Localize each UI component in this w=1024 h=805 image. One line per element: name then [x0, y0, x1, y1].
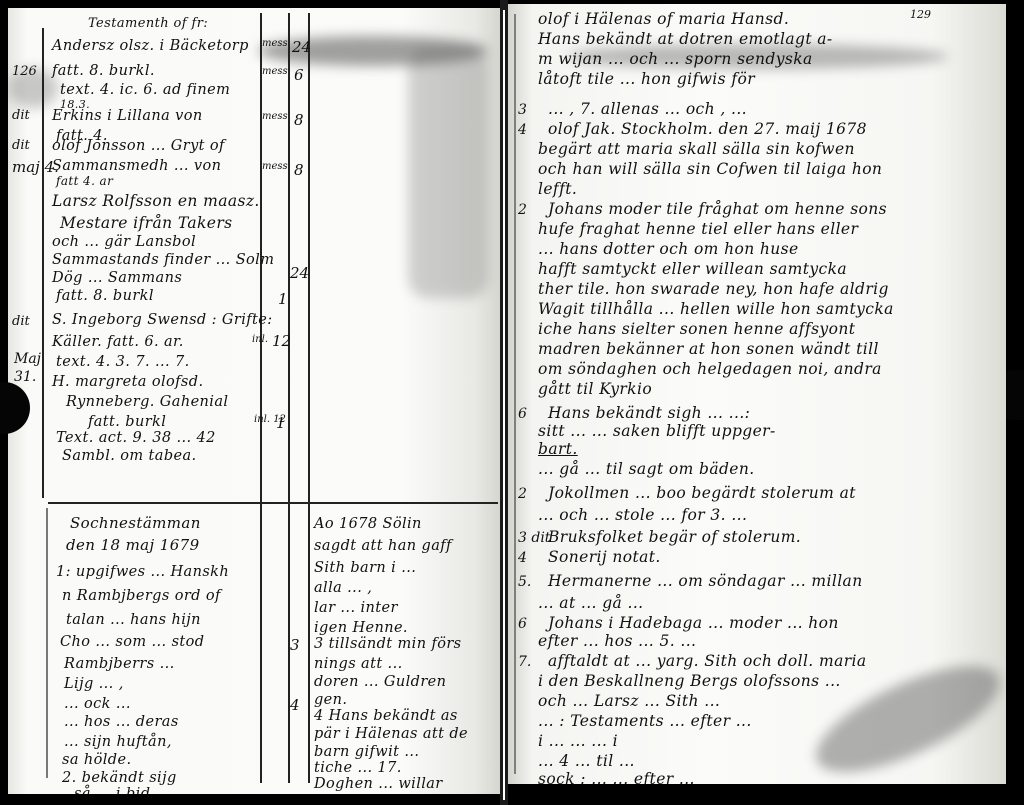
- manuscript-line: låtoft tile ... hon gifwis för: [538, 70, 755, 88]
- entry-line: fatt. 8. burkl.: [52, 63, 155, 79]
- manuscript-line: ... hans dotter och om hon huse: [538, 240, 799, 258]
- minutes-line: sa hölde.: [62, 752, 131, 768]
- manuscript-line: ... at ... gå ...: [538, 594, 643, 612]
- margin-rule: [514, 14, 516, 774]
- amount-column: 8: [294, 111, 304, 129]
- minutes-line: ... ock ...: [64, 696, 131, 712]
- minutes-line: n Rambjbergs ord of: [62, 588, 221, 604]
- manuscript-line: efter ... hos ... 5. ...: [538, 632, 696, 650]
- manuscript-line: Jokollmen ... boo begärdt stolerum at: [548, 484, 856, 502]
- minutes-line: ... hos ... deras: [64, 714, 179, 730]
- margin-note: 4: [290, 696, 300, 714]
- minutes-line: Rambjberrs ...: [64, 656, 175, 672]
- entry-line: Rynneberg. Gahenial: [66, 394, 228, 410]
- entry-line: text. 4. ic. 6. ad finem: [60, 82, 230, 98]
- manuscript-line: Johans moder tile fråghat om henne sons: [548, 200, 887, 218]
- minutes-line: nings att ...: [314, 656, 403, 672]
- amount-column: 12: [272, 332, 291, 350]
- manuscript-line: afftaldt at ... yarg. Sith och doll. mar…: [548, 652, 867, 670]
- minutes-line: 2. bekändt sijg: [62, 770, 177, 786]
- entry-line: Käller. fatt. 6. ar.: [52, 334, 184, 350]
- margin-note: 3: [290, 636, 300, 654]
- margin-note: 7.: [518, 654, 531, 670]
- margin-note: 5.: [518, 574, 531, 590]
- amount-column: 6: [294, 66, 304, 84]
- minutes-line: talan ... hans hijn: [66, 612, 201, 628]
- right-page: 129 olof i Hälenas of maria Hansd.Hans b…: [508, 4, 1006, 784]
- fee-column: inl.: [252, 334, 268, 345]
- fee-column: mess: [262, 111, 288, 122]
- minutes-line: Doghen ... willar: [314, 776, 443, 792]
- entry-line: Sambl. om tabea.: [62, 448, 197, 464]
- section-heading: Testamenth of fr:: [88, 16, 208, 31]
- manuscript-line: Sonerij notat.: [548, 548, 661, 566]
- manuscript-line: iche hans sielter sonen henne affsyont: [538, 320, 855, 338]
- entry-line: Mestare ifrån Takers: [60, 214, 233, 232]
- minutes-line: Sith barn i ...: [314, 560, 416, 576]
- amount-column: 24: [290, 264, 309, 282]
- margin-note: dit: [12, 138, 30, 153]
- column-rule: [288, 13, 290, 783]
- manuscript-line: ... 4 ... til ...: [538, 752, 635, 770]
- minutes-line: barn gifwit ...: [314, 744, 419, 760]
- column-rule: [46, 508, 48, 778]
- meeting-date: den 18 maj 1679: [66, 536, 200, 554]
- manuscript-line: hufe fraghat henne tiel eller hans eller: [538, 220, 858, 238]
- margin-note: 6: [518, 616, 527, 632]
- entry-line: fatt 4. ar: [56, 174, 113, 188]
- manuscript-line: ... gå ... til sagt om bäden.: [538, 460, 755, 478]
- left-page: Testamenth of fr: 126 Andersz olsz. i Bä…: [8, 8, 500, 794]
- margin-note: 3 dit: [518, 530, 550, 546]
- column-rule: [308, 13, 310, 783]
- section-divider: [48, 502, 498, 504]
- manuscript-line: gått til Kyrkio: [538, 380, 652, 398]
- margin-note: 6: [518, 406, 527, 422]
- manuscript-line: lefft.: [538, 180, 577, 198]
- manuscript-line: hafft samtyckt eller willean samtycka: [538, 260, 847, 278]
- minutes-line: ... sijn huftån,: [64, 734, 172, 750]
- manuscript-line: ... , 7. allenas ... och , ...: [548, 100, 747, 118]
- margin-note: dit: [12, 314, 30, 329]
- manuscript-line: och ... Larsz ... Sith ...: [538, 692, 720, 710]
- minutes-line: 1: upgifwes ... Hanskh: [56, 564, 229, 580]
- minutes-line: lar ... inter: [314, 600, 398, 616]
- amount-column: 24: [292, 38, 311, 56]
- minutes-line: 3 tillsändt min förs: [314, 636, 462, 652]
- entry-line: Sammastands finder ... Solm: [52, 252, 274, 268]
- manuscript-line: sock : ... ... efter ...: [538, 770, 695, 784]
- fee-column: mess: [262, 66, 288, 77]
- entry-line: text. 4. 3. 7. ... 7.: [56, 354, 190, 370]
- margin-rule: [42, 28, 44, 498]
- manuscript-line: Bruksfolket begär of stolerum.: [548, 528, 801, 546]
- margin-note: 4: [518, 122, 527, 138]
- margin-note: 2: [518, 486, 527, 502]
- entry-line: S. Ingeborg Swensd : Grifte:: [52, 312, 273, 328]
- margin-note: dit: [12, 108, 30, 123]
- meeting-title: Sochnestämman: [70, 514, 201, 532]
- entry-line: Sammansmedh ... von: [52, 158, 221, 174]
- minutes-line: gen.: [314, 692, 347, 708]
- amount-column: 1: [276, 414, 286, 432]
- margin-note: 4: [518, 550, 527, 566]
- margin-note: Maj 31.: [14, 350, 40, 386]
- minutes-line: igen Henne.: [314, 620, 408, 636]
- minutes-line: Lijg ... ,: [64, 676, 124, 692]
- margin-note: 3: [518, 102, 527, 118]
- manuscript-line: begärt att maria skall sälla sin kofwen: [538, 140, 855, 158]
- entry-line: Larsz Rolfsson en maasz.: [52, 192, 260, 210]
- manuscript-line: och han will sälla sin Cofwen til laiga …: [538, 160, 882, 178]
- minutes-line: 4 Hans bekändt as: [314, 708, 458, 724]
- manuscript-line: Wagit tillhålla ... hellen wille hon sam…: [538, 300, 894, 318]
- amount-column: 8: [294, 161, 304, 179]
- minutes-line: alla ... ,: [314, 580, 372, 596]
- entry-line: H. margreta olofsd.: [52, 374, 203, 390]
- manuscript-line: Johans i Hadebaga ... moder ... hon: [548, 614, 839, 632]
- margin-note: 126: [12, 64, 37, 79]
- minutes-line: Cho ... som ... stod: [60, 634, 204, 650]
- entry-line: Andersz olsz. i Bäcketorp: [52, 38, 249, 54]
- entry-line: Text. act. 9. 38 ... 42: [56, 430, 216, 446]
- manuscript-line: ... och ... stole ... for 3. ...: [538, 506, 747, 524]
- manuscript-line: m wijan ... och ... sporn sendyska: [538, 50, 813, 68]
- minutes-line: pär i Hälenas att de: [314, 726, 468, 742]
- entry-line: Dög ... Sammans: [52, 270, 182, 286]
- manuscript-line: i ... ... ... i: [538, 732, 618, 750]
- page-number: 129: [910, 8, 931, 21]
- minutes-line: så ... i bid: [74, 786, 150, 794]
- spine-gap: [503, 10, 505, 800]
- manuscript-line: i den Beskallneng Bergs olofssons ...: [538, 672, 841, 690]
- manuscript-line: Hans bekändt at dotren emotlagt a-: [538, 30, 833, 48]
- minutes-line: Ao 1678 Sölin: [314, 516, 422, 532]
- manuscript-line: sitt ... ... saken blifft uppger-: [538, 422, 776, 440]
- entry-line: och ... gär Lansbol: [52, 234, 196, 250]
- margin-note: 2: [518, 202, 527, 218]
- manuscript-line: ther tile. hon swarade ney, hon hafe ald…: [538, 280, 889, 298]
- manuscript-line: ... : Testaments ... efter ...: [538, 712, 752, 730]
- column-rule: [260, 13, 262, 783]
- manuscript-line: madren bekänner at hon sonen wändt till: [538, 340, 879, 358]
- margin-note: maj 4.: [12, 158, 59, 176]
- manuscript-line: olof Jak. Stockholm. den 27. maij 1678: [548, 120, 867, 138]
- entry-line: olof Jonsson ... Gryt of: [52, 138, 225, 154]
- entry-line: fatt. 8. burkl: [56, 288, 154, 304]
- fee-column: mess: [262, 38, 288, 49]
- entry-line: Erkins i Lillana von: [52, 108, 203, 124]
- manuscript-line: olof i Hälenas of maria Hansd.: [538, 10, 789, 28]
- minutes-line: doren ... Guldren: [314, 674, 446, 690]
- manuscript-line: bart.: [538, 440, 578, 458]
- amount-column: 1: [278, 290, 288, 308]
- manuscript-line: Hermanerne ... om söndagar ... millan: [548, 572, 863, 590]
- fee-column: mess: [262, 161, 288, 172]
- minutes-line: sagdt att han gaff: [314, 538, 452, 554]
- water-stain: [408, 48, 488, 298]
- entry-line: fatt. burkl: [88, 414, 166, 430]
- manuscript-line: Hans bekändt sigh ... ...:: [548, 404, 750, 422]
- minutes-line: tiche ... 17.: [314, 760, 402, 776]
- manuscript-line: om söndaghen och helgedagen noi, andra: [538, 360, 882, 378]
